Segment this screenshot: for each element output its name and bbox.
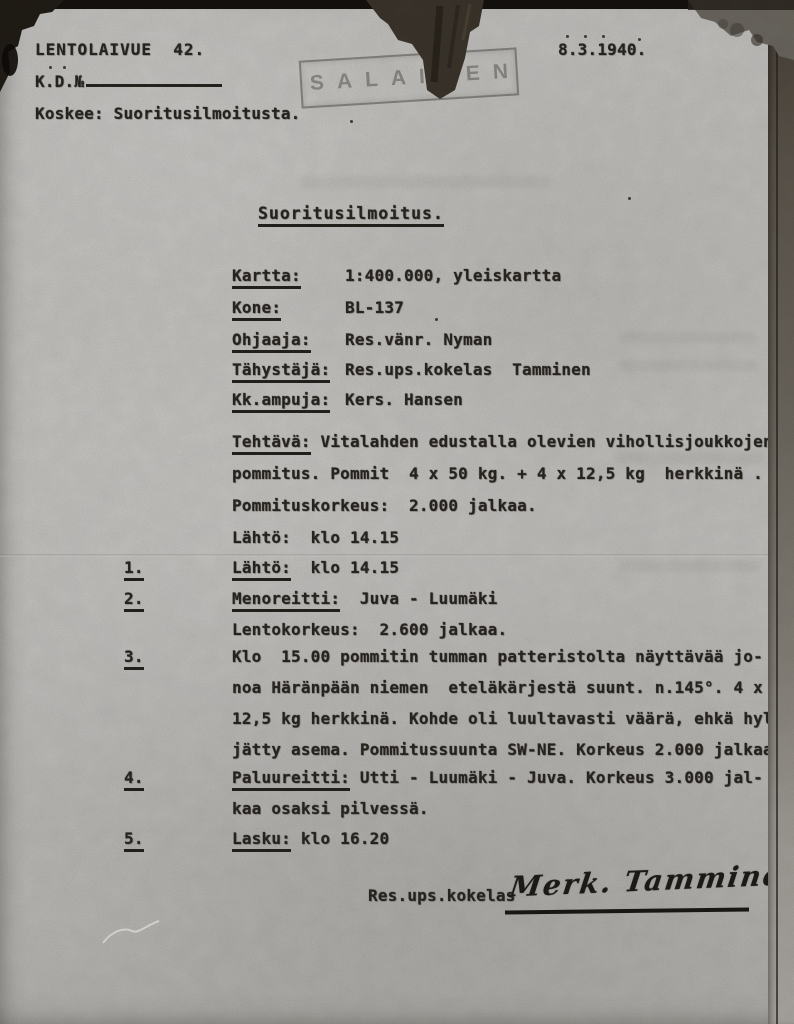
bleed-through-mark	[615, 452, 765, 464]
ink-speck	[63, 66, 66, 69]
item-number: 5.	[124, 829, 144, 849]
field-value: Kers. Hansen	[345, 390, 463, 410]
item-2-line: Menoreitti: Juva - Luumäki	[232, 589, 498, 609]
fold-crease	[0, 554, 770, 557]
bleed-through-mark	[620, 560, 760, 572]
item-text: Utti - Luumäki - Juva. Korkeus 3.000 jal…	[350, 768, 763, 787]
field-value: Res.vänr. Nyman	[345, 330, 493, 350]
field-value: BL-137	[345, 298, 404, 318]
mission-line-1: Tehtävä: Vitalahden edustalla olevien vi…	[232, 432, 773, 452]
item-1-line: Lähtö: klo 14.15	[232, 558, 399, 578]
field-row-ohjaaja: Ohjaaja:Res.vänr. Nyman	[232, 330, 311, 350]
field-row-kkampuja: Kk.ampuja:Kers. Hansen	[232, 390, 330, 410]
bleed-through-mark	[618, 332, 758, 343]
item-3-line3: 12,5 kg herkkinä. Kohde oli luultavasti …	[232, 709, 783, 729]
ink-speck	[584, 35, 587, 38]
field-label: Kone:	[232, 298, 281, 321]
field-value: Res.ups.kokelas Tamminen	[345, 360, 591, 380]
mission-line-4: Lähtö: klo 14.15	[232, 528, 399, 548]
item-number: 4.	[124, 768, 144, 788]
item-3-line2: noa Häränpään niemen eteläkärjestä suunt…	[232, 678, 763, 698]
subject-line: Koskee: Suoritusilmoitusta.	[35, 104, 301, 124]
kd-number-line: K.D.№	[35, 72, 222, 92]
field-label: Kartta:	[232, 266, 301, 289]
ink-speck	[435, 318, 438, 321]
scanned-document-page: LENTOLAIVUE 42. 8.3.1940. K.D.№ Koskee: …	[0, 0, 794, 1024]
item-2-line2: Lentokorkeus: 2.600 jalkaa.	[232, 620, 507, 640]
item-head: Menoreitti:	[232, 589, 340, 612]
item-number-text: 5.	[124, 829, 144, 852]
date: 8.3.1940.	[558, 40, 647, 60]
kd-label: K.D.№	[35, 72, 84, 91]
field-label: Ohjaaja:	[232, 330, 311, 353]
item-text: klo 14.15	[291, 558, 399, 577]
item-head: Lasku:	[232, 829, 291, 852]
mission-line-3: Pommituskorkeus: 2.000 jalkaa.	[232, 496, 537, 516]
ink-speck	[628, 197, 631, 200]
doc-title: Suoritusilmoitus.	[258, 204, 444, 224]
bleed-through-mark	[618, 360, 758, 371]
item-5-line: Lasku: klo 16.20	[232, 829, 389, 849]
field-row-tahystaja: Tähystäjä:Res.ups.kokelas Tamminen	[232, 360, 330, 380]
mission-line-2: pommitus. Pommit 4 x 50 kg. + 4 x 12,5 k…	[232, 464, 763, 484]
item-text: Juva - Luumäki	[340, 589, 497, 608]
kd-blank-line	[86, 72, 222, 87]
field-value: 1:400.000, yleiskartta	[345, 266, 561, 286]
item-4-line2: kaa osaksi pilvessä.	[232, 799, 429, 819]
ink-speck	[602, 35, 605, 38]
ink-speck	[49, 66, 52, 69]
item-number: 3.	[124, 647, 144, 667]
item-text: klo 16.20	[291, 829, 389, 848]
item-head: Paluureitti:	[232, 768, 350, 791]
item-number-text: 2.	[124, 589, 144, 612]
ink-speck	[566, 35, 569, 38]
doc-title-text: Suoritusilmoitus.	[258, 204, 444, 227]
item-number: 1.	[124, 558, 144, 578]
field-row-kartta: Kartta:1:400.000, yleiskartta	[232, 266, 301, 286]
bleed-through-mark	[300, 176, 550, 188]
field-label: Tähystäjä:	[232, 360, 330, 383]
item-number-text: 4.	[124, 768, 144, 791]
item-number-text: 3.	[124, 647, 144, 670]
unit-title: LENTOLAIVUE 42.	[35, 40, 205, 60]
ink-speck	[350, 120, 353, 123]
item-number-text: 1.	[124, 558, 144, 581]
item-3-line1: Klo 15.00 pommitin tumman patteristolta …	[232, 647, 763, 667]
ink-speck	[638, 38, 641, 41]
item-4-line: Paluureitti: Utti - Luumäki - Juva. Kork…	[232, 768, 763, 788]
mission-text: Vitalahden edustalla olevien vihollisjou…	[311, 432, 773, 451]
item-number: 2.	[124, 589, 144, 609]
field-row-kone: Kone:BL-137	[232, 298, 281, 318]
signature-typed-rank: Res.ups.kokelas	[368, 886, 516, 906]
mission-label: Tehtävä:	[232, 432, 311, 455]
item-3-line4: jätty asema. Pommitussuunta SW-NE. Korke…	[232, 740, 783, 760]
item-head: Lähtö:	[232, 558, 291, 581]
paper-edge-line	[776, 0, 778, 1024]
photo-right-edge	[768, 0, 794, 1024]
field-label: Kk.ampuja:	[232, 390, 330, 413]
